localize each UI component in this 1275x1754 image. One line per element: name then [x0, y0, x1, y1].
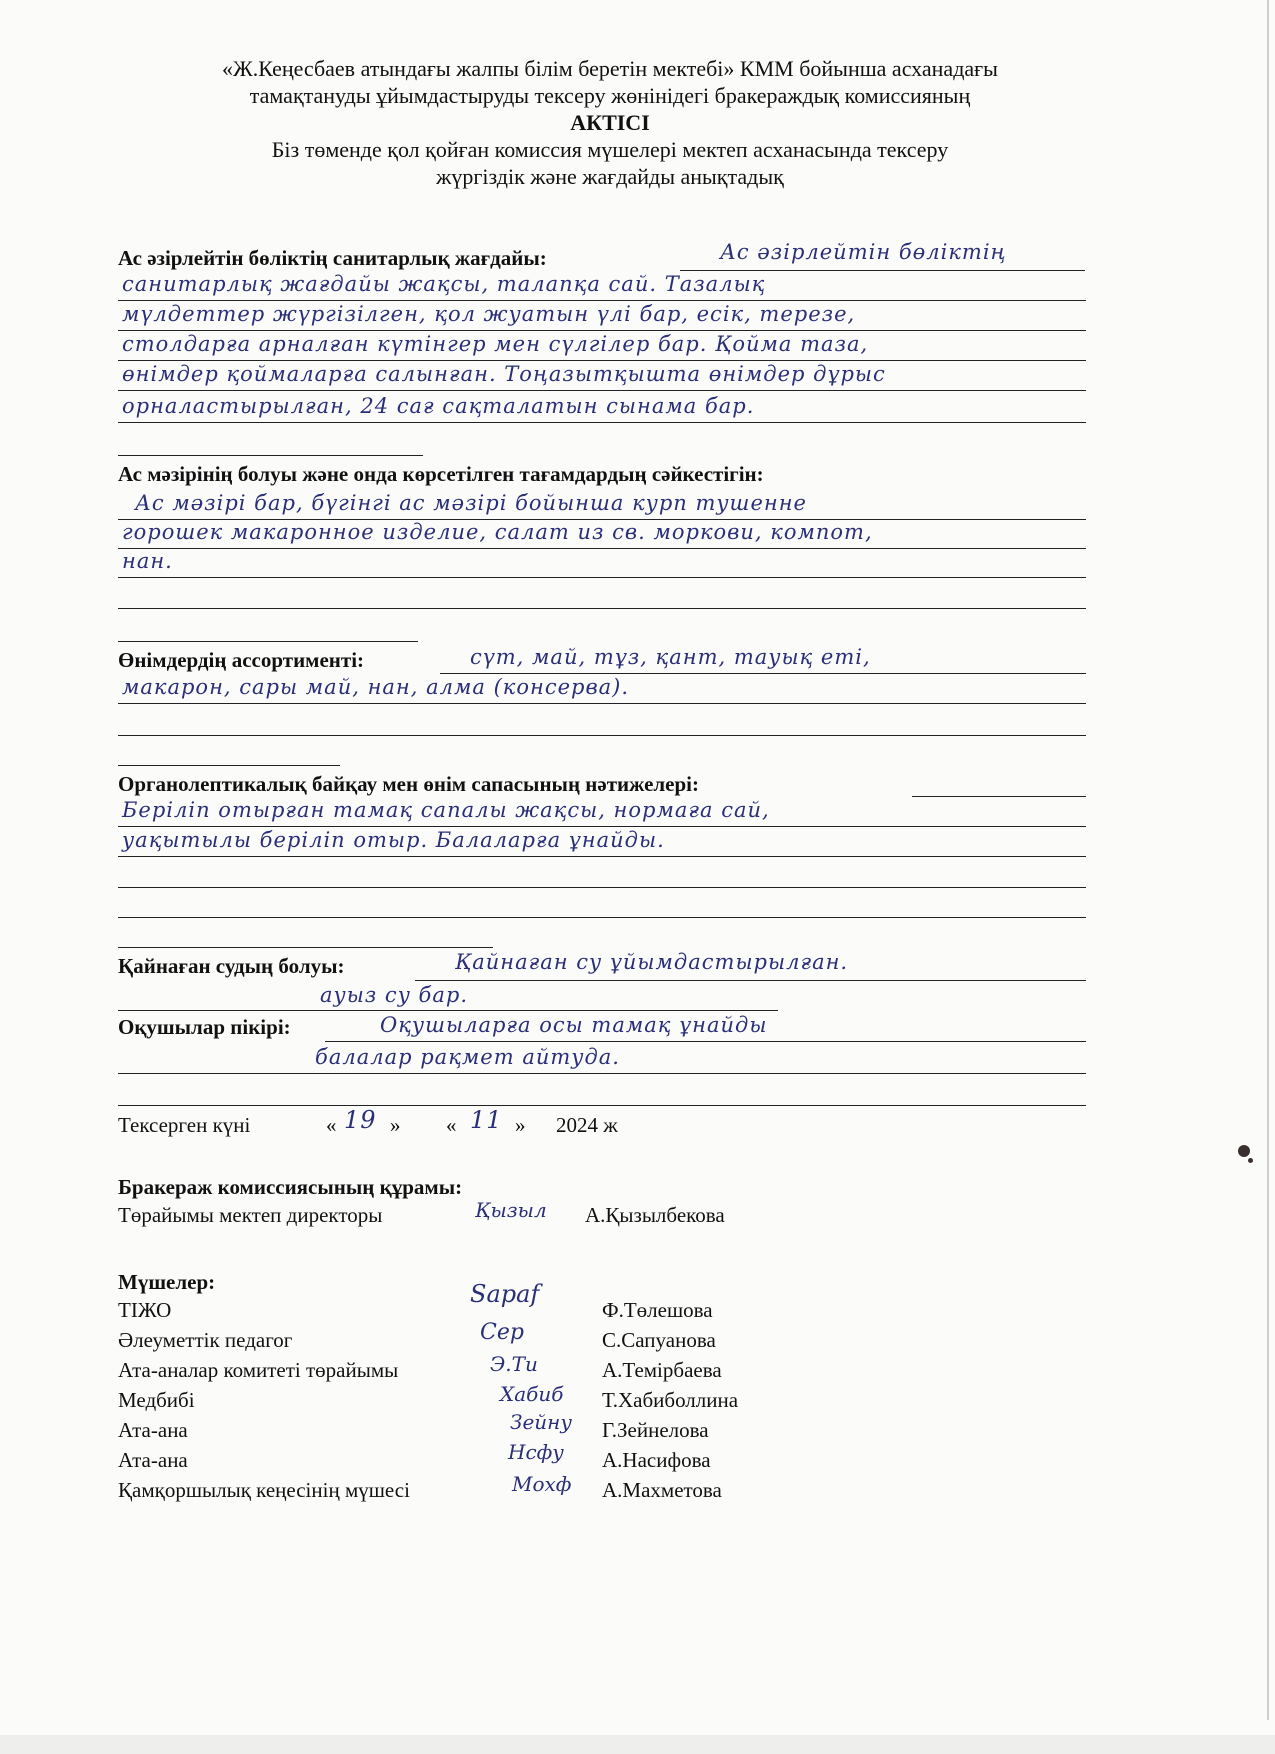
field-line — [118, 390, 1086, 391]
ink-spot-small — [1248, 1158, 1253, 1163]
member-role: Медбибі — [118, 1388, 195, 1413]
field-line — [118, 641, 418, 642]
field-line — [118, 300, 1086, 301]
member-role: Ата-аналар комитеті төрайымы — [118, 1358, 398, 1383]
menu-text-line-3: нан. — [122, 549, 173, 573]
field-line — [325, 1041, 1086, 1042]
member-name: Г.Зейнелова — [602, 1418, 709, 1443]
member-signature: Нсфу — [508, 1440, 564, 1464]
menu-label: Ас мәзірінің болуы және онда көрсетілген… — [118, 462, 764, 487]
day-close-quote: » — [390, 1113, 401, 1138]
field-line — [912, 796, 1086, 797]
chair-role: Төрайымы мектеп директоры — [118, 1203, 382, 1228]
member-signature: Хабиб — [500, 1382, 563, 1406]
field-line — [118, 422, 1086, 423]
field-line — [118, 1105, 1086, 1106]
field-line — [118, 917, 1086, 918]
member-signature: Сер — [480, 1320, 524, 1345]
chair-name: А.Қызылбекова — [585, 1203, 725, 1228]
field-line — [118, 608, 1086, 609]
organoleptic-label: Органолептикалық байқау мен өнім сапасын… — [118, 772, 699, 797]
organoleptic-text-line-1: Беріліп отырған тамақ сапалы жақсы, норм… — [122, 798, 770, 822]
boiled-water-text-line-1: Қайнаған су ұйымдастырылған. — [455, 950, 848, 974]
field-line — [118, 548, 1086, 549]
document-header: «Ж.Кеңесбаев атындағы жалпы білім береті… — [110, 55, 1110, 190]
chair-signature: Қызыл — [475, 1198, 547, 1222]
members-title: Мүшелер: — [118, 1270, 215, 1295]
member-name: А.Насифова — [602, 1448, 711, 1473]
students-opinion-text-line-1: Оқушыларға осы тамақ ұнайды — [380, 1013, 767, 1037]
member-signature: Зейну — [510, 1410, 572, 1434]
students-opinion-label: Оқушылар пікірі: — [118, 1015, 291, 1040]
students-opinion-text-line-2: балалар рақмет айтуда. — [315, 1045, 620, 1069]
boiled-water-text-line-2: ауыз су бар. — [320, 983, 468, 1007]
month-open-quote: « — [446, 1113, 457, 1138]
field-line — [118, 1073, 1086, 1074]
member-role: ТІЖО — [118, 1298, 171, 1323]
page-bottom-edge — [0, 1735, 1275, 1754]
sanitary-text-line-4: столдарға арналған күтінгер мен сүлгілер… — [122, 332, 868, 356]
field-line — [118, 1010, 778, 1011]
field-line — [118, 360, 1086, 361]
member-role: Қамқоршылық кеңесінің мүшесі — [118, 1478, 410, 1503]
field-line — [118, 735, 1086, 736]
assortment-text-line-2: макарон, сары май, нан, алма (консерва). — [122, 675, 629, 699]
member-name: С.Сапуанова — [602, 1328, 716, 1353]
member-signature: Э.Ти — [490, 1352, 538, 1376]
assortment-label: Өнімдердің ассортименті: — [118, 648, 364, 673]
header-line-1: «Ж.Кеңесбаев атындағы жалпы білім береті… — [110, 55, 1110, 82]
commission-title: Бракераж комиссиясының құрамы: — [118, 1175, 462, 1200]
member-signature: Мохф — [512, 1472, 571, 1496]
sanitary-text-line-1: Ас әзірлейтін бөліктің — [720, 240, 1007, 264]
month-close-quote: » — [515, 1113, 526, 1138]
member-role: Ата-ана — [118, 1448, 188, 1473]
ink-spot — [1238, 1145, 1250, 1157]
page-edge — [1267, 0, 1269, 1720]
inspection-year: 2024 ж — [556, 1113, 618, 1138]
field-line — [118, 947, 493, 948]
field-line — [118, 703, 1086, 704]
field-line — [118, 887, 1086, 888]
header-line-2: тамақтануды ұйымдастыруды тексеру жөніні… — [110, 82, 1110, 109]
field-line — [680, 270, 1085, 271]
header-line-3: Біз төменде қол қойған комиссия мүшелері… — [110, 136, 1110, 163]
assortment-text-line-1: сүт, май, тұз, қант, тауық еті, — [470, 645, 871, 669]
sanitary-text-line-2: санитарлық жағдайы жақсы, талапқа сай. Т… — [122, 272, 765, 296]
menu-text-line-2: горошек макаронное изделие, салат из св.… — [122, 520, 873, 544]
member-role: Ата-ана — [118, 1418, 188, 1443]
organoleptic-text-line-2: уақытылы беріліп отыр. Балаларға ұнайды. — [122, 828, 665, 852]
field-line — [415, 980, 1086, 981]
field-line — [118, 577, 1086, 578]
field-line — [118, 856, 1086, 857]
inspection-date-label: Тексерген күні — [118, 1113, 250, 1138]
field-line — [440, 673, 1086, 674]
day-open-quote: « — [326, 1113, 337, 1138]
inspection-month: 11 — [470, 1106, 503, 1134]
member-role: Әлеуметтік педагог — [118, 1328, 292, 1353]
field-line — [118, 330, 1086, 331]
sanitary-text-line-6: орналастырылған, 24 сағ сақталатын сынам… — [122, 394, 754, 418]
member-name: А.Махметова — [602, 1478, 722, 1503]
inspection-day: 19 — [344, 1106, 377, 1134]
boiled-water-label: Қайнаған судың болуы: — [118, 954, 345, 979]
sanitary-text-line-5: өнімдер қоймаларға салынған. Тоңазытқышт… — [122, 362, 886, 386]
member-signature: Sapaf — [470, 1280, 539, 1308]
sanitary-label: Ас әзірлейтін бөліктің санитарлық жағдай… — [118, 246, 547, 271]
sanitary-text-line-3: мүлдеттер жүргізілген, қол жуатын үлі ба… — [122, 302, 855, 326]
field-line — [118, 826, 1086, 827]
field-line — [118, 455, 423, 456]
member-name: А.Темірбаева — [602, 1358, 722, 1383]
document-title: АКТІСІ — [110, 109, 1110, 136]
member-name: Ф.Төлешова — [602, 1298, 713, 1323]
menu-text-line-1: Ас мәзірі бар, бүгінгі ас мәзірі бойынша… — [135, 491, 807, 515]
field-line — [118, 765, 340, 766]
header-line-4: жүргіздік және жағдайды анықтадық — [110, 163, 1110, 190]
member-name: Т.Хабиболлина — [602, 1388, 738, 1413]
